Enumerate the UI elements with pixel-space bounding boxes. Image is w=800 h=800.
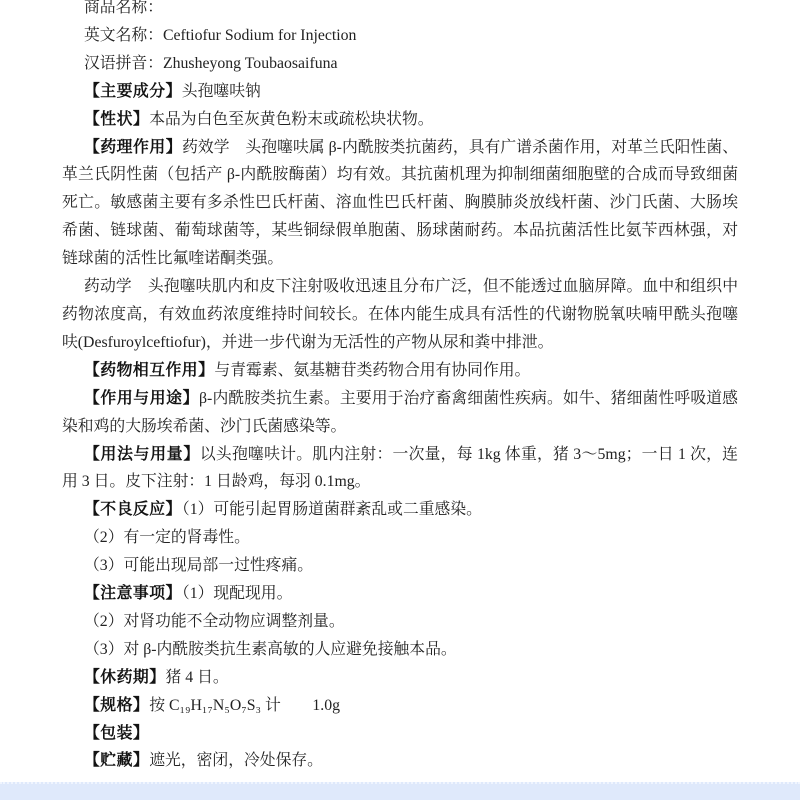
dosage-section: 【用法与用量】以头孢噻呋计。肌内注射：一次量，每 1kg 体重，猪 3～5mg；… <box>62 441 738 497</box>
pinyin-line: 汉语拼音：Zhusheyong Toubaosaifuna <box>62 50 738 78</box>
section-label-dosage: 【用法与用量】 <box>84 446 200 463</box>
adverse-reactions-item2-text: （2）有一定的肾毒性。 <box>84 529 250 546</box>
precautions-item3: （3）对 β-内酰胺类抗生素高敏的人应避免接触本品。 <box>62 636 738 664</box>
section-label-storage: 【贮藏】 <box>84 752 149 769</box>
english-name-line: 英文名称：Ceftiofur Sodium for Injection <box>62 22 738 50</box>
section-label-drug-interaction: 【药物相互作用】 <box>84 362 214 379</box>
adverse-reactions-item3: （3）可能出现局部一过性疼痛。 <box>62 552 738 580</box>
main-ingredient-section: 【主要成分】头孢噻呋钠 <box>62 78 738 106</box>
pharmacokinetics-paragraph: 药动学 头孢噻呋肌内和皮下注射吸收迅速且分布广泛，但不能透过血脑屏障。血中和组织… <box>62 273 738 357</box>
precautions-item2-text: （2）对肾功能不全动物应调整剂量。 <box>84 613 345 630</box>
section-text-description: 本品为白色至灰黄色粉末或疏松块状物。 <box>149 111 433 128</box>
section-text-withdrawal-period: 猪 4 日。 <box>166 669 229 686</box>
section-label-main-ingredient: 【主要成分】 <box>84 83 182 100</box>
section-label-packaging: 【包装】 <box>84 725 149 742</box>
specification-section: 【规格】按 C₁₉H₁₇N₅O₇S₃ 计 1.0g <box>62 692 738 720</box>
trade-name-text: 商品名称： <box>84 0 163 16</box>
section-label-withdrawal-period: 【休药期】 <box>84 669 166 686</box>
precautions-section: 【注意事项】（1）现配现用。 <box>62 580 738 608</box>
precautions-item1-text: （1）现配现用。 <box>182 585 293 602</box>
indications-section: 【作用与用途】β-内酰胺类抗生素。主要用于治疗畜禽细菌性疾病。如牛、猪细菌性呼吸… <box>62 385 738 441</box>
section-label-description: 【性状】 <box>84 111 149 128</box>
section-text-storage: 遮光，密闭，冷处保存。 <box>149 752 323 769</box>
adverse-reactions-item3-text: （3）可能出现局部一过性疼痛。 <box>84 557 313 574</box>
pharmacokinetics-text: 药动学 头孢噻呋肌内和皮下注射吸收迅速且分布广泛，但不能透过血脑屏障。血中和组织… <box>62 278 738 351</box>
drug-insert-page: 商品名称： 英文名称：Ceftiofur Sodium for Injectio… <box>0 0 800 800</box>
section-text-pharmacology: 药效学 头孢噻呋属 β-内酰胺类抗菌药，具有广谱杀菌作用，对革兰氏阳性菌、革兰氏… <box>62 139 738 268</box>
packaging-section: 【包装】 <box>62 720 738 748</box>
pinyin-text: 汉语拼音：Zhusheyong Toubaosaifuna <box>84 55 338 72</box>
section-text-main-ingredient: 头孢噻呋钠 <box>182 83 261 100</box>
drug-insert-body: 商品名称： 英文名称：Ceftiofur Sodium for Injectio… <box>62 0 738 775</box>
storage-section: 【贮藏】遮光，密闭，冷处保存。 <box>62 747 738 775</box>
pharmacology-section: 【药理作用】药效学 头孢噻呋属 β-内酰胺类抗菌药，具有广谱杀菌作用，对革兰氏阳… <box>62 134 738 274</box>
footer-band <box>0 782 800 800</box>
english-name-text: 英文名称：Ceftiofur Sodium for Injection <box>84 27 356 44</box>
adverse-reactions-section: 【不良反应】（1）可能引起胃肠道菌群紊乱或二重感染。 <box>62 496 738 524</box>
withdrawal-period-section: 【休药期】猪 4 日。 <box>62 664 738 692</box>
trade-name-line: 商品名称： <box>62 0 738 22</box>
precautions-item3-text: （3）对 β-内酰胺类抗生素高敏的人应避免接触本品。 <box>84 641 457 658</box>
section-text-adverse-reactions-item1: （1）可能引起胃肠道菌群紊乱或二重感染。 <box>182 501 482 518</box>
section-label-pharmacology: 【药理作用】 <box>84 139 182 156</box>
section-label-specification: 【规格】 <box>84 697 149 714</box>
section-label-precautions: 【注意事项】 <box>84 585 182 602</box>
drug-interaction-section: 【药物相互作用】与青霉素、氨基糖苷类药物合用有协同作用。 <box>62 357 738 385</box>
description-section: 【性状】本品为白色至灰黄色粉末或疏松块状物。 <box>62 106 738 134</box>
section-label-indications: 【作用与用途】 <box>84 390 199 407</box>
precautions-item2: （2）对肾功能不全动物应调整剂量。 <box>62 608 738 636</box>
section-label-adverse-reactions: 【不良反应】 <box>84 501 182 518</box>
section-text-drug-interaction: 与青霉素、氨基糖苷类药物合用有协同作用。 <box>214 362 530 379</box>
adverse-reactions-item2: （2）有一定的肾毒性。 <box>62 524 738 552</box>
section-text-specification: 按 C₁₉H₁₇N₅O₇S₃ 计 1.0g <box>149 697 340 714</box>
